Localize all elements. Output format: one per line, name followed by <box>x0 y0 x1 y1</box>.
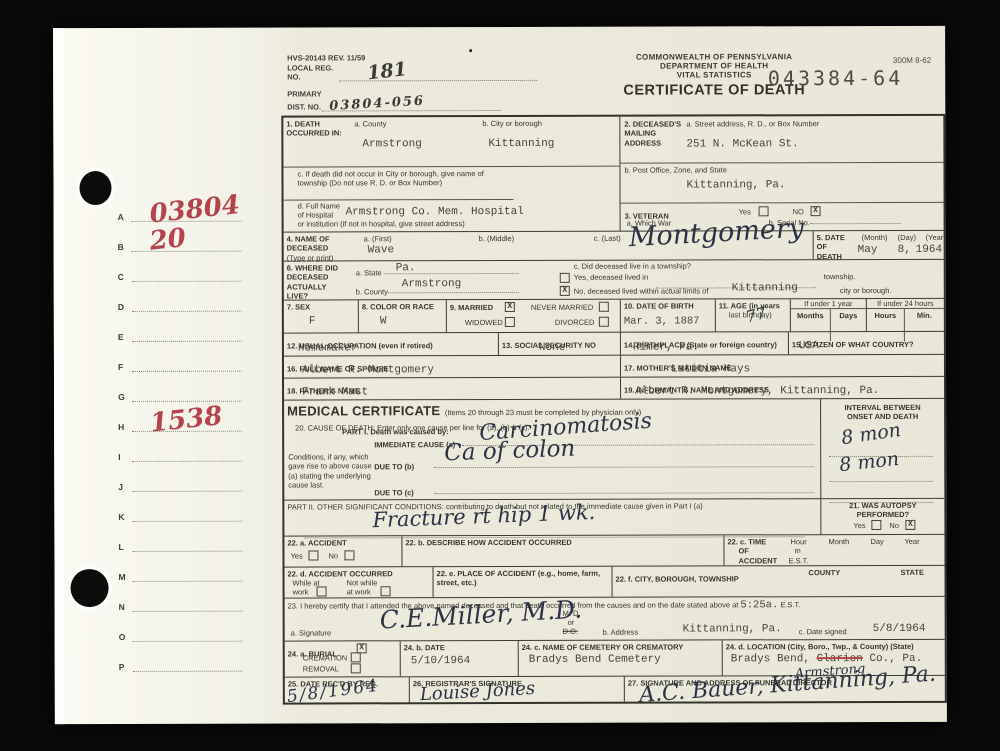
margin-index-row: E <box>118 312 242 342</box>
s8-label: 8. COLOR OR RACE <box>362 302 443 312</box>
section-26-registrar-signature: 26. REGISTRAR'S SIGNATURE Louise Jones <box>410 677 625 703</box>
margin-index-line <box>132 491 242 522</box>
s22c-month: Month <box>828 537 849 546</box>
s9-never-checkbox <box>599 302 609 312</box>
section-1-death-occurred: 1. DEATH OCCURRED IN: a. County Armstron… <box>283 117 620 232</box>
s23-md: M. D. <box>563 609 581 618</box>
s21-no-checkbox: X <box>905 520 915 530</box>
s23-do-struck: D.O. <box>563 627 578 636</box>
section-4-name: 4. NAME OF DECEASED (Type or print) a. (… <box>284 231 814 260</box>
row-father-informant: 18. FATHER'S NAME Frank Mast 19. INFORMA… <box>284 377 944 401</box>
masthead-left: HVS-20143 REV. 11/59 LOCAL REG. NO. 181 … <box>287 53 537 112</box>
dist-no-line: 03804-056 <box>321 98 501 111</box>
s20-due-b-label: DUE TO (b) <box>374 462 414 471</box>
s6a-label: a. State <box>356 268 382 277</box>
s22d-not-1: Not while <box>347 578 378 587</box>
s16-value: Albert R. Montgomery <box>302 364 434 376</box>
s24b-value: 5/10/1964 <box>411 655 470 667</box>
s24b-label: 24. b. DATE <box>404 643 515 653</box>
s6-no-checkbox: X <box>560 286 570 296</box>
s24c-value: Bradys Bend Cemetery <box>529 654 661 666</box>
s2-label-1: 2. DECEASED'S <box>624 120 682 130</box>
s21-label-2: PERFORMED? <box>857 510 910 519</box>
local-reg-line: 181 <box>339 68 537 82</box>
s22a-no-checkbox <box>344 550 354 560</box>
margin-index-row: H1538 <box>118 402 242 432</box>
s6-yes-suffix: township. <box>824 272 856 281</box>
s5-day-label: (Day) <box>898 233 916 242</box>
margin-index-letter: H <box>118 422 132 432</box>
s2b-label: b. Post Office, Zone, and State <box>624 165 939 175</box>
s7-label: 7. SEX <box>287 302 355 312</box>
s22a-yes-checkbox <box>308 550 318 560</box>
s5-year-value: 1964 <box>916 244 942 256</box>
local-reg-number: 181 <box>366 58 408 84</box>
section-13-ssn: 13. SOCIAL SECURITY NO None <box>499 333 621 355</box>
s11-value-handwritten: 77 <box>744 303 768 326</box>
s22c-label-3: ACCIDENT <box>738 556 777 565</box>
s5-label-1: 5. DATE <box>817 233 845 242</box>
s12-value: Homemaker <box>298 342 357 354</box>
row-certification: 23. I hereby certify that I attended the… <box>285 597 945 642</box>
margin-index-line <box>132 251 242 282</box>
s22d-while-checkbox <box>317 586 327 596</box>
section-16-spouse: 16. FULL NAME OF SPOUSE Albert R. Montgo… <box>284 356 621 378</box>
section-22a-accident: 22. a. ACCIDENT Yes No <box>284 536 402 566</box>
row-accident-def: 22. d. ACCIDENT OCCURRED While at work N… <box>285 566 945 599</box>
margin-index-row: I <box>118 432 242 462</box>
margin-index-letter: D <box>118 302 132 312</box>
s9-married-checkbox: X <box>505 302 515 312</box>
s24a-removal-checkbox <box>351 663 361 673</box>
row-spouse-mother: 16. FULL NAME OF SPOUSE Albert R. Montgo… <box>284 355 944 379</box>
s23b-value: Kittanning, Pa. <box>683 623 782 635</box>
row-registrar: 25. DATE REC'D BY REG. 5/8/1964 26. REGI… <box>285 676 945 703</box>
s6-yes-line: Yes, deceased lived in <box>574 273 648 283</box>
s6b-label: b. County <box>356 287 388 296</box>
s22c-day: Day <box>870 537 883 546</box>
dist-no-label: DIST. NO. <box>287 102 321 111</box>
margin-index-letter: C <box>118 272 132 282</box>
s1d-label-3: or institution (if not in hospital, give… <box>298 219 465 229</box>
s4b-label: b. (Middle) <box>479 234 514 243</box>
s6-no-suffix: city or borough. <box>840 286 892 296</box>
section-19-informant: 19. INFORMANT'S NAME AND ADDRESS Albert … <box>621 377 944 399</box>
s19-value: Albert R. Montgomery, Kittanning, Pa. <box>635 385 879 398</box>
s2a-label: a. Street address, R. D., or Box Number <box>686 119 819 129</box>
margin-index-line <box>132 371 242 402</box>
s22c-label-2: OF <box>738 546 748 555</box>
margin-index-line <box>132 521 242 552</box>
s9-divorced-checkbox <box>599 317 609 327</box>
s6-label-4: LIVE? <box>287 292 308 301</box>
part2-other-conditions: PART II. OTHER SIGNIFICANT CONDITIONS: c… <box>284 499 821 535</box>
s22d-not-2: at work <box>347 587 371 596</box>
serial-number-stamp: 043384-64 <box>768 66 903 90</box>
s2-label-2: MAILING <box>624 129 682 139</box>
margin-index-letter: M <box>119 572 133 582</box>
margin-index-row: C <box>118 252 242 282</box>
s20-due-c-label: DUE TO (c) <box>374 488 413 497</box>
margin-index-row: K <box>118 492 242 522</box>
margin-index-row: J <box>118 462 242 492</box>
s9-married-label: 9. MARRIED <box>450 303 493 312</box>
section-22b-describe: 22. b. DESCRIBE HOW ACCIDENT OCCURRED <box>402 535 724 566</box>
section-22d-occurred: 22. d. ACCIDENT OCCURRED While at work N… <box>285 567 434 597</box>
margin-index-letter: P <box>119 662 133 672</box>
s2a-value: 251 N. McKean St. <box>686 138 798 150</box>
section-21-autopsy: 21. WAS AUTOPSY PERFORMED? Yes No X <box>821 499 944 534</box>
s1a-value: Armstrong <box>362 138 482 150</box>
s10-label: 10. DATE OF BIRTH <box>624 301 712 311</box>
section-27-funeral-director: 27. SIGNATURE AND ADDRESS OF FUNERAL DIR… <box>625 676 945 702</box>
s21-label-1: 21. WAS AUTOPSY <box>849 501 917 510</box>
margin-index-row: M <box>118 552 242 582</box>
s23c-label: c. Date signed <box>799 627 847 637</box>
s4c-label: c. (Last) <box>594 234 621 243</box>
s1d-value: Armstrong Co. Mem. Hospital <box>346 206 524 218</box>
paper-edge <box>53 28 65 724</box>
margin-index-line <box>133 581 243 612</box>
s6-label-3: ACTUALLY <box>287 282 327 291</box>
section-11-under-1-year: If under 1 year Months Days <box>791 299 867 331</box>
section-23-certification: 23. I hereby certify that I attended the… <box>285 597 945 641</box>
s20-part1: PART I. Death was caused by: <box>342 427 449 437</box>
s9-widowed-label: WIDOWED <box>465 318 503 327</box>
margin-index-letter: K <box>118 512 132 522</box>
s22a-no-label: No <box>328 551 338 560</box>
s1c-label: c. If death did not occur in City or bor… <box>283 167 513 201</box>
row-medical-certificate: MEDICAL CERTIFICATE (Items 20 through 23… <box>284 399 944 501</box>
s22d-while-2: work <box>293 588 309 597</box>
margin-index-letter: A <box>118 212 132 222</box>
certificate-paper: 300M 8-62 A03804B20CDEFGH1538IJKLMNOP HV… <box>53 26 947 724</box>
masthead: HVS-20143 REV. 11/59 LOCAL REG. NO. 181 … <box>279 38 939 116</box>
section-6-residence: 6. WHERE DID DECEASED ACTUALLY LIVE? a. … <box>284 260 944 300</box>
section-22f-city: 22. f. CITY, BOROUGH, TOWNSHIP COUNTY ST… <box>613 566 945 597</box>
margin-index-row: P <box>119 642 243 672</box>
s18-value: Frank Mast <box>302 386 368 398</box>
interval-a-value: 8 mon <box>840 419 902 449</box>
s23a-label: a. Signature <box>291 628 331 637</box>
s22d-not-checkbox <box>381 586 391 596</box>
s13-value: None <box>539 342 565 354</box>
s22c-year: Year <box>904 537 919 546</box>
margin-index-letter: I <box>118 452 132 462</box>
s8-value: W <box>380 316 443 328</box>
margin-index-row: L <box>118 522 242 552</box>
document-scan: 300M 8-62 A03804B20CDEFGH1538IJKLMNOP HV… <box>0 0 1000 751</box>
s7-value: F <box>309 316 355 328</box>
row-residence: 6. WHERE DID DECEASED ACTUALLY LIVE? a. … <box>284 260 944 301</box>
s22c-m: m <box>794 546 800 555</box>
interval-header-1: INTERVAL BETWEEN <box>844 403 920 412</box>
s24d-value-1: Bradys Bend, <box>731 653 810 665</box>
section-22c-time: 22. c. TIME OF ACCIDENT Hour Month Day Y… <box>724 535 944 566</box>
section-25-date-received: 25. DATE REC'D BY REG. 5/8/1964 <box>285 677 410 702</box>
s6c-label: c. Did deceased live in a township? <box>574 261 691 271</box>
s21-no-label: No <box>889 521 899 530</box>
s4-label-1: 4. NAME OF <box>287 234 330 243</box>
s22b-label: 22. b. DESCRIBE HOW ACCIDENT OCCURRED <box>405 537 720 547</box>
s2-label-3: ADDRESS <box>624 138 682 148</box>
section-11-age: 11. AGE (in years last birthday) 77 <box>716 299 791 331</box>
s6b-value: Armstrong <box>402 278 461 290</box>
form-table: 1. DEATH OCCURRED IN: a. County Armstron… <box>281 114 947 705</box>
s10-value: Mar. 3, 1887 <box>624 316 712 328</box>
s22f-state: STATE <box>901 568 925 577</box>
s24d-label: 24. d. LOCATION (City, Boro., Twp., & Co… <box>726 642 942 652</box>
margin-index-row: N <box>119 582 243 612</box>
section-10-dob: 10. DATE OF BIRTH Mar. 3, 1887 <box>621 299 716 331</box>
s24c-label: 24. c. NAME OF CEMETERY OR CREMATORY <box>522 642 719 652</box>
section-15-citizen: 15. CITIZEN OF WHAT COUNTRY? USA <box>789 332 944 354</box>
margin-index-row: G <box>118 372 242 402</box>
s4a-label: a. (First) <box>364 234 392 243</box>
section-22e-place: 22. e. PLACE OF ACCIDENT (e.g., home, fa… <box>434 567 613 597</box>
s6-label-2: DECEASED <box>287 273 329 282</box>
s22e-label: 22. e. PLACE OF ACCIDENT (e.g., home, fa… <box>437 569 609 588</box>
s22a-label: 22. a. ACCIDENT <box>287 538 398 548</box>
s2b-value: Kittanning, Pa. <box>686 179 785 191</box>
s3b-line <box>811 214 901 224</box>
margin-index-line: 03804 <box>132 191 242 222</box>
margin-index-line <box>132 281 242 312</box>
margin-index-line <box>132 551 242 582</box>
s1-label: 1. DEATH OCCURRED IN: <box>286 119 354 164</box>
margin-index-letter: L <box>118 542 132 552</box>
s4a-value: Wave <box>368 244 394 256</box>
margin-index-list: A03804B20CDEFGH1538IJKLMNOP <box>118 192 243 672</box>
margin-index-line <box>132 341 242 372</box>
margin-index-letter: J <box>118 482 132 492</box>
s4-label-2: DECEASED <box>287 244 329 253</box>
s20-c-line <box>434 483 814 494</box>
s1a-label: a. County <box>354 119 482 129</box>
section-12-occupation: 12. USUAL OCCUPATION (even if retired) H… <box>284 333 499 356</box>
medical-certificate-header: MEDICAL CERTIFICATE <box>287 403 440 418</box>
local-reg-label: LOCAL REG. NO. <box>287 63 339 81</box>
margin-index-row: A03804 <box>118 192 242 222</box>
section-20-cause-of-death: MEDICAL CERTIFICATE (Items 20 through 23… <box>284 399 821 499</box>
s23-or: or <box>568 618 575 627</box>
s24a-cremation-checkbox <box>351 652 361 662</box>
margin-index-letter: O <box>119 632 133 642</box>
row-name-dod: 4. NAME OF DECEASED (Type or print) a. (… <box>284 231 944 262</box>
s9-never-label: NEVER MARRIED <box>531 303 594 313</box>
s11-u24-label: If under 24 hours <box>867 299 944 310</box>
margin-index-letter: B <box>118 242 132 252</box>
s20-conditions-note: Conditions, if any, which gave rise to a… <box>288 452 372 490</box>
s14-value: Rimer, Pa. <box>633 341 699 353</box>
margin-index-line <box>132 311 242 342</box>
s1b-label: b. City or borough <box>482 119 616 129</box>
margin-index-line: 1538 <box>132 401 242 432</box>
section-7-sex: 7. SEX F <box>284 300 359 332</box>
section-24c-cemetery: 24. c. NAME OF CEMETERY OR CREMATORY Bra… <box>519 640 723 676</box>
row-accident-abc: 22. a. ACCIDENT Yes No 22. b. DESCRIBE H… <box>284 535 944 568</box>
s23-est: E.S.T. <box>780 600 800 609</box>
s24a-removal-label: REMOVAL <box>303 664 339 673</box>
margin-index-letter: G <box>118 392 132 402</box>
s21-yes-label: Yes <box>853 521 865 530</box>
s11-u1-label: If under 1 year <box>791 299 866 310</box>
s21-yes-checkbox <box>871 520 881 530</box>
punch-hole-top <box>79 171 111 205</box>
s17-value: Latitia Hays <box>671 363 750 375</box>
s20-b-value-handwritten: Ca of colon <box>444 436 576 467</box>
margin-index-letter: N <box>119 602 133 612</box>
section-11-under-24-hours: If under 24 hours Hours Min. <box>867 299 944 331</box>
form-area: HVS-20143 REV. 11/59 LOCAL REG. NO. 181 … <box>279 26 947 724</box>
s9-divorced-label: DIVORCED <box>555 318 595 327</box>
s23-time-value: 5:25a. <box>740 599 778 611</box>
row-death-place-address: 1. DEATH OCCURRED IN: a. County Armstron… <box>283 116 943 233</box>
section-18-father: 18. FATHER'S NAME Frank Mast <box>284 378 621 400</box>
margin-index-row: O <box>119 612 243 642</box>
s5-month-value: May <box>858 244 878 256</box>
s5-month-label: (Month) <box>862 233 888 242</box>
row-sex-race-marital-birth-age: 7. SEX F 8. COLOR OR RACE W 9. MARRIED X… <box>284 299 944 334</box>
margin-index-line <box>133 611 243 642</box>
form-code: HVS-20143 REV. 11/59 <box>287 53 537 63</box>
margin-index-letter: F <box>118 362 132 372</box>
s6a-value: Pa. <box>396 262 416 274</box>
s5-day-value: 8, <box>898 244 911 256</box>
interval-header-2: ONSET AND DEATH <box>847 412 918 421</box>
s22a-yes-label: Yes <box>290 552 302 561</box>
s6-no-line: No, deceased lived within actual limits … <box>574 286 709 296</box>
row-occupation-ssn-birthplace-citizen: 12. USUAL OCCUPATION (even if retired) H… <box>284 332 944 357</box>
margin-index-letter: E <box>118 332 132 342</box>
margin-index-line <box>132 461 242 492</box>
s6-label-1: 6. WHERE DID <box>287 263 338 272</box>
s23b-label: b. Address <box>603 628 638 637</box>
s5-year-label: (Year) <box>926 233 946 242</box>
s6-yes-checkbox <box>560 273 570 283</box>
s6-no-value: Kittanning <box>732 282 798 294</box>
margin-index-row: B20 <box>118 222 242 252</box>
s24a-cremation-label: CREMATION <box>303 653 347 662</box>
s15-value: USA <box>799 340 819 352</box>
section-14-birthplace: 14. BIRTHPLACE (State or foreign country… <box>621 332 789 354</box>
section-24a-burial: 24. a. BURIAL X CREMATION REMOVAL <box>285 641 401 676</box>
section-8-race: 8. COLOR OR RACE W <box>359 300 447 332</box>
section-24b-date: 24. b. DATE 5/10/1964 <box>401 641 519 676</box>
s22c-hour: Hour <box>790 537 806 546</box>
s22f-label: 22. f. CITY, BOROUGH, TOWNSHIP <box>616 574 739 583</box>
s1b-value: Kittanning <box>488 138 616 150</box>
section-20-interval: INTERVAL BETWEEN ONSET AND DEATH 8 mon 8… <box>821 399 944 498</box>
s9-widowed-checkbox <box>505 317 515 327</box>
margin-index-line: 20 <box>132 221 242 252</box>
row-part2-autopsy: PART II. OTHER SIGNIFICANT CONDITIONS: c… <box>284 499 944 537</box>
margin-index-line <box>133 641 243 672</box>
s22c-label-1: 22. c. TIME <box>727 537 766 546</box>
s5-label-2: OF <box>817 243 827 252</box>
margin-index-line <box>132 431 242 462</box>
s23c-value: 5/8/1964 <box>873 623 926 635</box>
margin-index-row: D <box>118 282 242 312</box>
punch-hole-bottom <box>71 569 109 607</box>
s22f-county: COUNTY <box>809 568 841 577</box>
s22c-est: E.S.T. <box>788 556 808 565</box>
section-17-mother: 17. MOTHER'S MAIDEN NAME Latitia Hays <box>621 355 944 377</box>
section-9-marital: 9. MARRIED X NEVER MARRIED WIDOWED DIVOR… <box>447 300 621 332</box>
margin-index-row: F <box>118 342 242 372</box>
section-5-date-of-death: 5. DATE OF DEATH (Month) (Day) (Year) Ma… <box>814 231 944 259</box>
